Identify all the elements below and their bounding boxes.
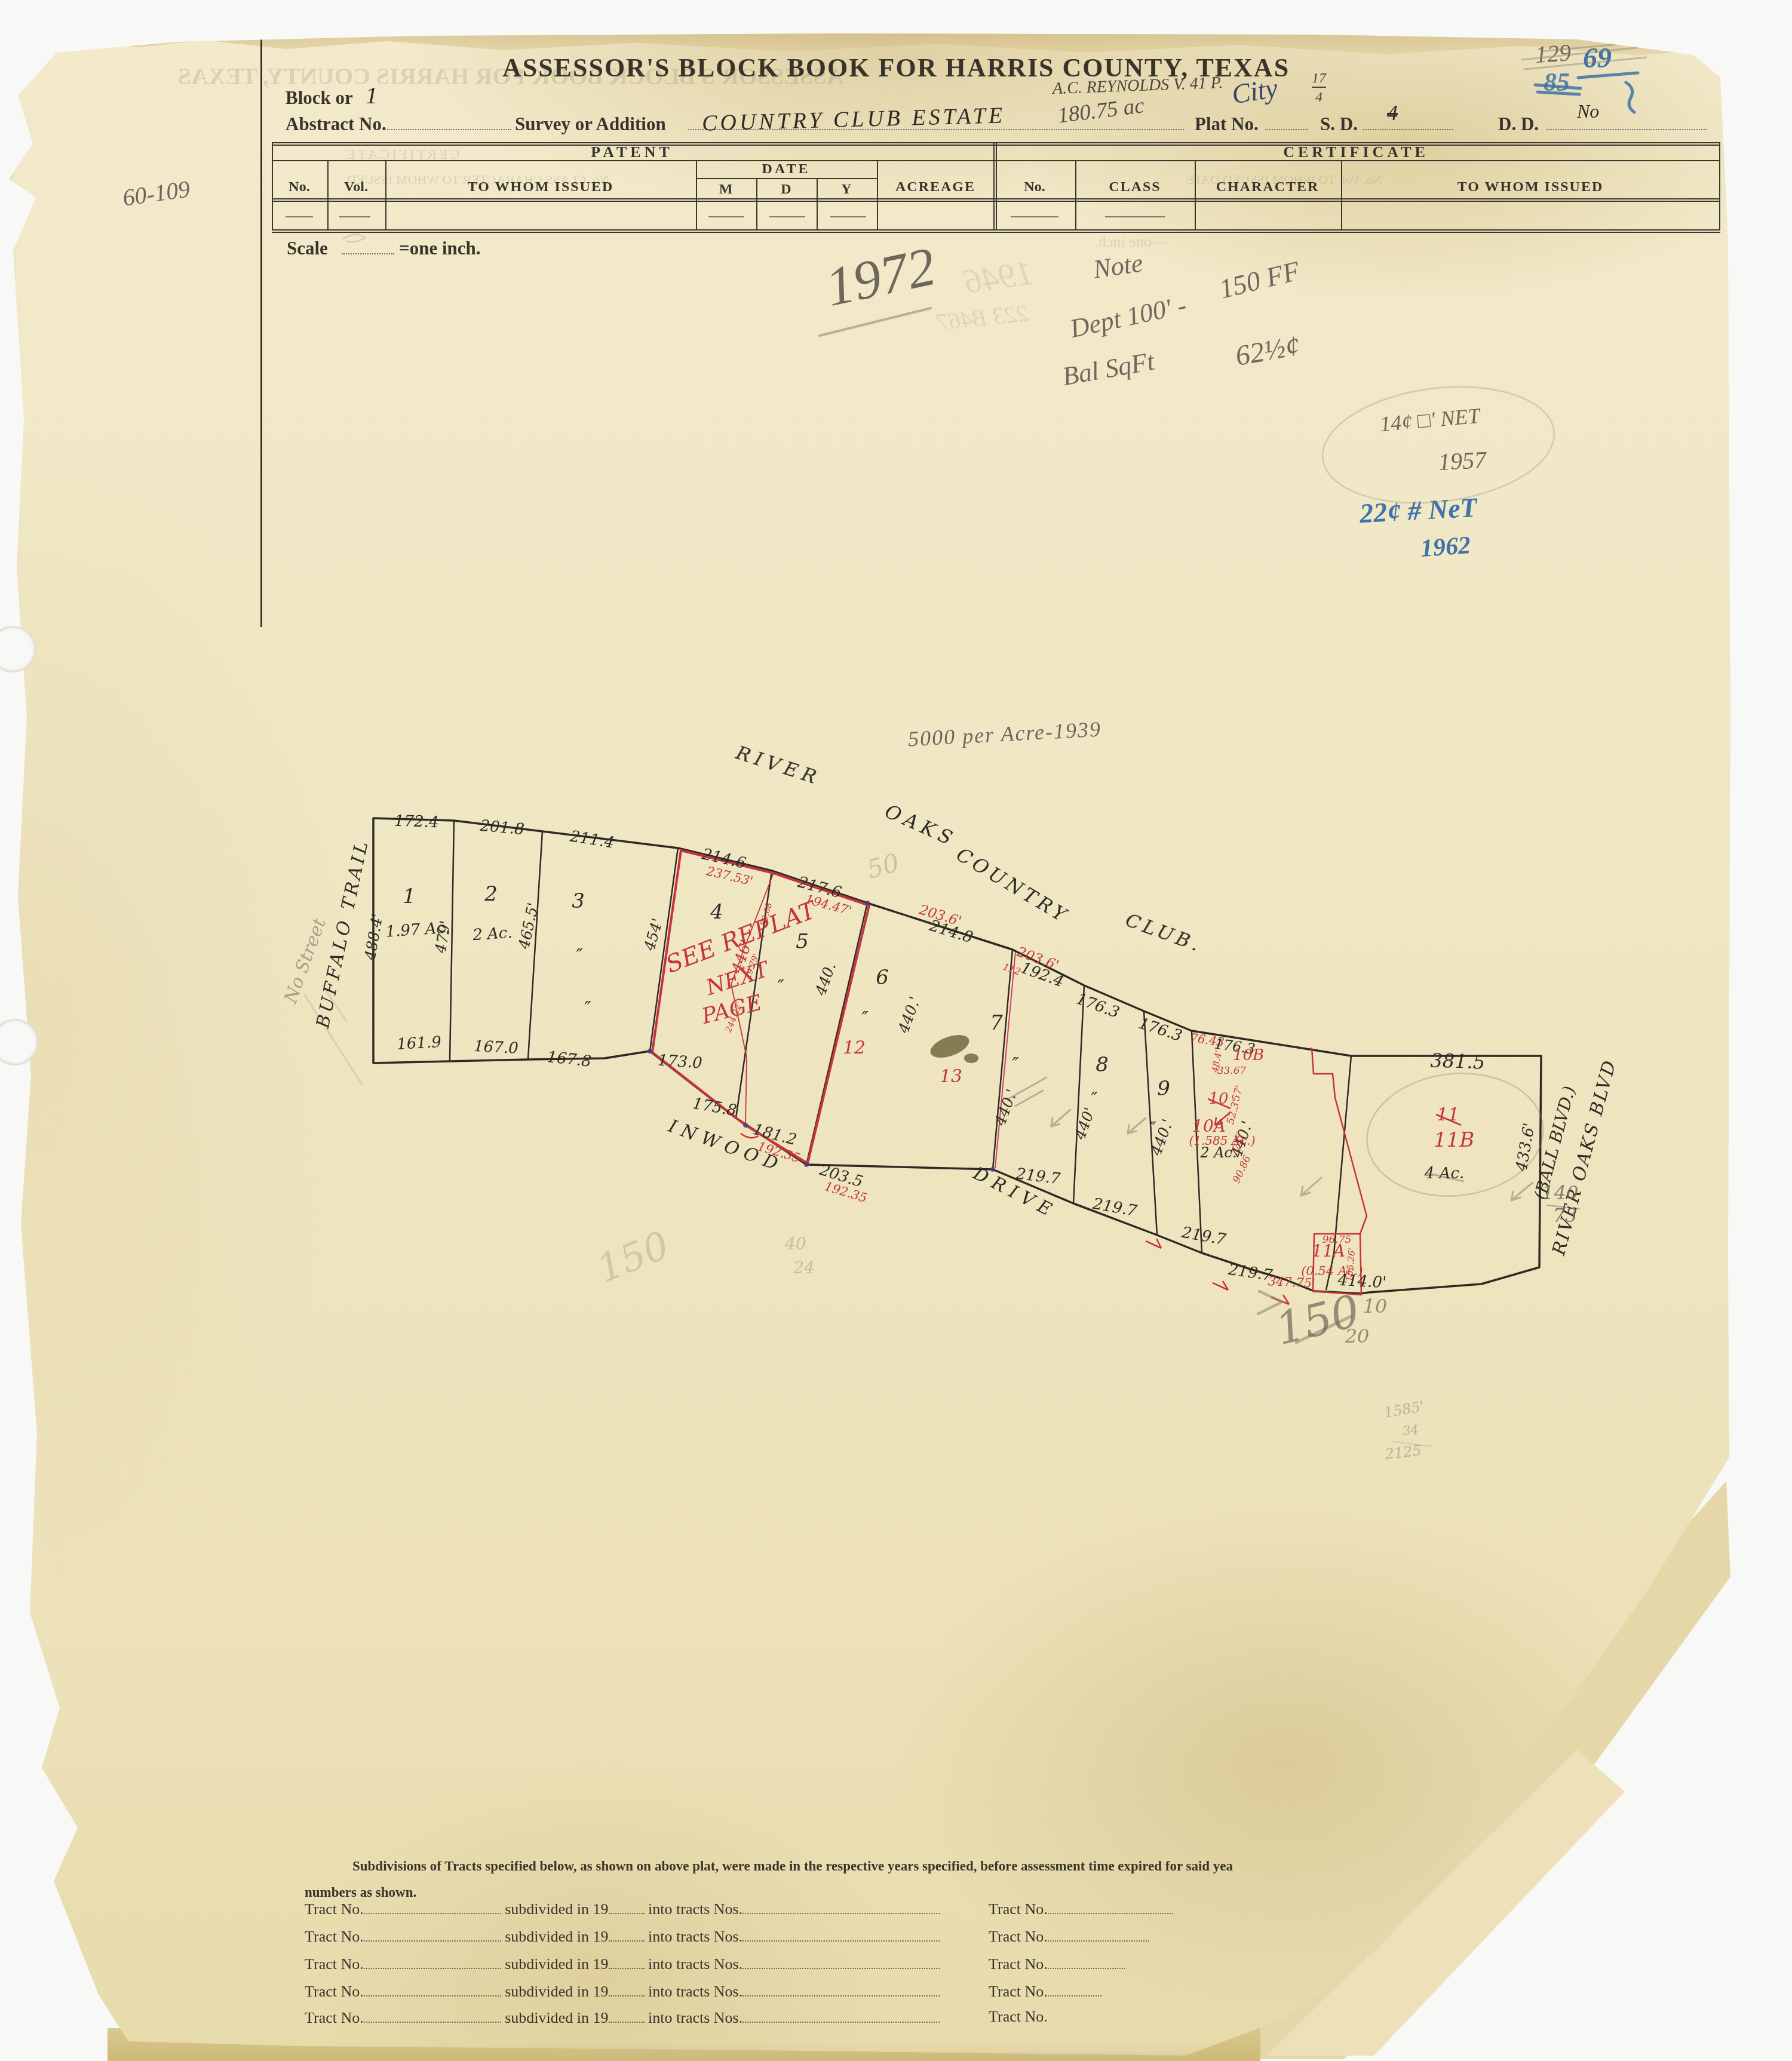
dim-t11-front: 381.5 <box>1430 1049 1486 1073</box>
replat-12: 12 <box>843 1037 866 1058</box>
subdivision-row-right: Tract No. <box>989 1982 1101 2001</box>
tract-7-number: 7 <box>990 1011 1003 1035</box>
dim-11a-9675: 96.75 <box>1322 1234 1352 1246</box>
row-into-label: into tracts Nos. <box>648 1928 742 1945</box>
subdivision-row-right: Tract No. <box>989 1954 1125 1973</box>
paper-sheet: ASSESSOR'S BLOCK BOOK FOR HARRIS COUNTY,… <box>0 0 1792 2061</box>
street-country: COUNTRY <box>952 843 1073 927</box>
row-tract-label: Tract No. <box>305 1983 364 2000</box>
dim-t1-rear: 161.9 <box>397 1033 442 1053</box>
dim-t8-front: 176.3 <box>1074 990 1122 1022</box>
tract-6-number: 6 <box>876 966 889 990</box>
dim-t1-west: 488.4' <box>361 912 386 962</box>
dim-t8-east: 440' <box>1071 1105 1098 1142</box>
subdivision-row: Tract No. subdivided in 19 into tracts N… <box>305 2008 940 2027</box>
subdivision-row-right: Tract No. <box>989 2008 1048 2026</box>
subdivision-row: Tract No. subdivided in 19 into tracts N… <box>305 1982 940 2001</box>
label-11-acres-crossed: 4 Ac. <box>1424 1165 1464 1182</box>
tract-1-number: 1 <box>403 884 416 908</box>
tract-3-number: 3 <box>572 889 585 913</box>
pencil-40: 40 <box>784 1234 806 1254</box>
row-subdivided-label: subdivided in 19 <box>505 1928 608 1945</box>
row-tract-label: Tract No. <box>989 1983 1048 2000</box>
pencil-34: 34 <box>1402 1423 1419 1438</box>
plat-map-labels: BUFFALO TRAILNo StreetRIVEROAKSCOUNTRYCL… <box>280 741 1621 1463</box>
dim-t3-rear: 167.8 <box>546 1048 592 1071</box>
pencil-ellipses <box>1316 374 1561 1205</box>
ditto-8: ″ <box>1091 1089 1098 1110</box>
dim-t9-front: 176.3 <box>1136 1015 1184 1046</box>
row-tract-label: Tract No. <box>305 1900 364 1918</box>
dim-t1-front: 172.4 <box>394 812 439 832</box>
ditto-7: ″ <box>1012 1054 1019 1075</box>
row-tract-label: Tract No. <box>305 1955 364 1973</box>
dim-t5-east: 440. <box>812 960 840 998</box>
street-oaks: OAKS <box>882 800 961 851</box>
row-into-label: into tracts Nos. <box>648 1955 742 1973</box>
ditto-3b: ″ <box>584 998 591 1019</box>
row-tract-label: Tract No. <box>989 2008 1048 2025</box>
row-tract-label: Tract No. <box>989 1900 1048 1918</box>
row-tract-label: Tract No. <box>305 1928 364 1945</box>
dim-t10-rear-b: 219.7 <box>1226 1261 1274 1285</box>
dim-t7-east: 440.' <box>991 1087 1020 1129</box>
dim-t6-east: 440.' <box>894 994 923 1036</box>
row-into-label: into tracts Nos. <box>648 2009 742 2026</box>
pencil-1585: 1585' <box>1383 1397 1426 1421</box>
dim-t11-rear-red: 347.75' <box>1268 1274 1315 1291</box>
label-11-crossed: 11 <box>1437 1104 1459 1125</box>
replat-13: 13 <box>940 1066 962 1087</box>
subdivision-row-right: Tract No. <box>989 1899 1173 1918</box>
pencil-140: 140 <box>1542 1181 1578 1204</box>
tract-5-number: 5 <box>796 930 809 954</box>
dim-t9-rear: 219.7 <box>1091 1195 1139 1221</box>
pencil-marks <box>305 44 1647 1446</box>
pencil-150-faint: 150 <box>591 1223 676 1291</box>
pencil-73: 73 <box>1553 1204 1578 1227</box>
blue-crayon-marks <box>1535 73 1638 112</box>
dim-t2-rear: 167.0 <box>473 1037 518 1058</box>
tract-8-number: 8 <box>1096 1053 1109 1077</box>
dim-t4-rear: 173.0 <box>657 1051 702 1072</box>
row-subdivided-label: subdivided in 19 <box>505 1983 608 2000</box>
pencil-2125: 2125 <box>1383 1442 1422 1463</box>
label-11b: 11B <box>1434 1128 1474 1152</box>
street-club: CLUB. <box>1122 908 1206 957</box>
tract-2-number: 2 <box>484 882 498 906</box>
tract-2-acres: 2 Ac. <box>471 924 513 945</box>
dim-t10-rear: 219.7 <box>1180 1224 1228 1249</box>
label-10-crossed: 10 <box>1208 1090 1228 1108</box>
pencil-24: 24 <box>793 1258 815 1277</box>
tract-4-number: 4 <box>710 900 723 924</box>
subdivision-row: Tract No. subdivided in 19 into tracts N… <box>305 1954 940 1973</box>
row-tract-label: Tract No. <box>305 2009 364 2026</box>
subdivision-row: Tract No. subdivided in 19 into tracts N… <box>305 1899 940 1918</box>
dim-10b-33: 33.67 <box>1217 1065 1247 1077</box>
footer-line1: Subdivisions of Tracts specified below, … <box>352 1859 1233 1874</box>
ditto-5: ″ <box>777 976 784 997</box>
ditto-6: ″ <box>861 1008 869 1029</box>
dim-t3-front: 211.4 <box>568 827 615 852</box>
footer-line2: numbers as shown. <box>305 1885 416 1900</box>
ditto-3a: ″ <box>576 945 583 966</box>
tract-9-number: 9 <box>1157 1077 1170 1101</box>
scanned-page: ASSESSOR'S BLOCK BOOK FOR HARRIS COUNTY,… <box>0 0 1792 2061</box>
dim-t2-east: 465.5' <box>515 901 542 951</box>
row-subdivided-label: subdivided in 19 <box>505 2009 608 2026</box>
pencil-20: 20 <box>1345 1325 1370 1347</box>
subdivision-row-right: Tract No. <box>989 1927 1149 1946</box>
pencil-50: 50 <box>864 847 902 884</box>
label-10a-acres-pencil: 2 Ac. <box>1199 1144 1236 1161</box>
street-river: RIVER <box>733 741 824 790</box>
row-tract-label: Tract No. <box>989 1955 1048 1973</box>
row-tract-label: Tract No. <box>989 1928 1048 1945</box>
plat-map: BUFFALO TRAILNo StreetRIVEROAKSCOUNTRYCL… <box>0 0 1792 2061</box>
ink-stains <box>928 1030 978 1063</box>
row-subdivided-label: subdivided in 19 <box>505 1900 608 1918</box>
row-into-label: into tracts Nos. <box>648 1983 742 2000</box>
row-into-label: into tracts Nos. <box>648 1900 742 1918</box>
dim-t3-east: 454' <box>640 916 666 953</box>
dim-t11-east: 433.6' <box>1512 1122 1539 1174</box>
label-10b: 10B <box>1233 1046 1264 1064</box>
subdivision-row: Tract No. subdivided in 19 into tracts N… <box>305 1927 940 1946</box>
dim-t5-rear: 175.8 <box>691 1095 738 1120</box>
pencil-10: 10 <box>1363 1295 1388 1317</box>
dim-t2-front: 201.8 <box>478 817 525 838</box>
row-subdivided-label: subdivided in 19 <box>505 1955 608 1973</box>
